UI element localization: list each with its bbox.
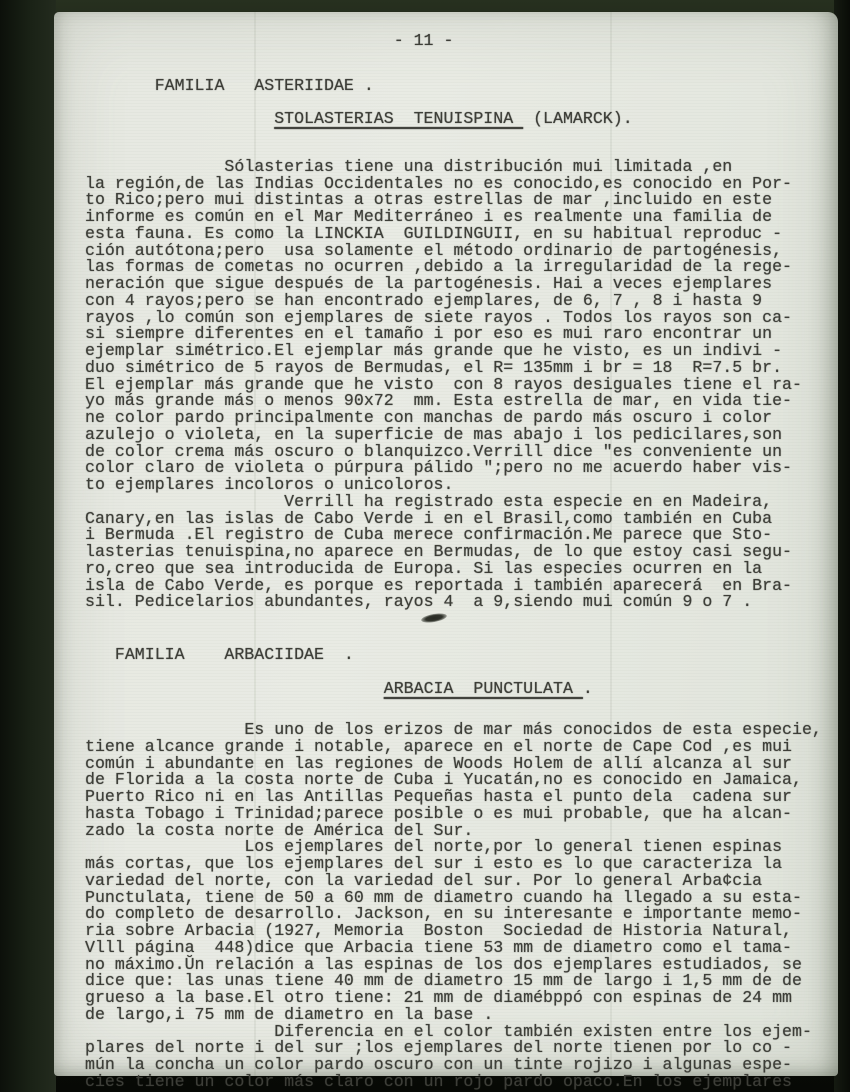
text-line: con 4 rayos;pero se han encontrado ejemp… [85,293,830,310]
ink-smudge [421,612,448,624]
text-line: Vlll página 448)dice que Arbacia tiene 5… [85,940,830,957]
text-line: cies tiene un color más claro con un roj… [85,1074,830,1091]
paragraph-distribution: Sólasterias tiene una distribución mui l… [85,159,830,494]
species-name-underlined: STOLASTERIAS TENUISPINA [274,109,523,128]
typewritten-text-column: - 11 - FAMILIA ASTERIIDAE . STOLASTERIAS… [85,33,830,1068]
page-number: - 11 - [85,33,830,50]
species-heading-period: . [583,679,593,698]
paragraph-range: Es uno de los erizos de mar más conocido… [85,722,830,839]
species-name-underlined: ARBACIA PUNCTULATA [384,679,583,698]
paragraph-color: Diferencia en el color también existen e… [85,1024,830,1091]
species-author: (LAMARCK). [523,109,633,128]
text-line: tiene alcance grande i notable, aparece … [85,739,830,756]
text-line: variedad del norte, con la variedad del … [85,873,830,890]
species-heading-arbacia-punctulata: ARBACIA PUNCTULATA . [85,664,830,714]
text-line: Verrill ha registrado esta especie en en… [85,494,830,511]
text-line: Sólasterias tiene una distribución mui l… [85,159,830,176]
text-line: ro,creo que sea introducida de Europa. S… [85,561,830,578]
family-heading-arbaciidae: FAMILIA ARBACIIDAE . [85,647,830,664]
text-line: esta fauna. Es como la LINCKIA GUILDINGU… [85,226,830,243]
separator-zone [85,611,830,647]
document-page: - 11 - FAMILIA ASTERIIDAE . STOLASTERIAS… [54,12,838,1076]
species-heading-stolasterias-tenuispina: STOLASTERIAS TENUISPINA (LAMARCK). [85,95,830,145]
family-heading-asteriidae: FAMILIA ASTERIIDAE . [85,78,830,95]
text-line: hasta Tobago i Trinidad;parece posible o… [85,806,830,823]
scan-background-left [0,0,56,1092]
text-line: duo simétrico de 5 rayos de Bermudas, el… [85,360,830,377]
text-line: de largo,i 75 mm de diametro en la base … [85,1007,830,1024]
text-line: sil. Pedicelarios abundantes, rayos 4 a … [85,594,830,611]
text-line: azulejo o violeta, en la superficie de m… [85,427,830,444]
paragraph-spines: Los ejemplares del norte,por lo general … [85,839,830,1023]
paragraph-records: Verrill ha registrado esta especie en en… [85,494,830,611]
